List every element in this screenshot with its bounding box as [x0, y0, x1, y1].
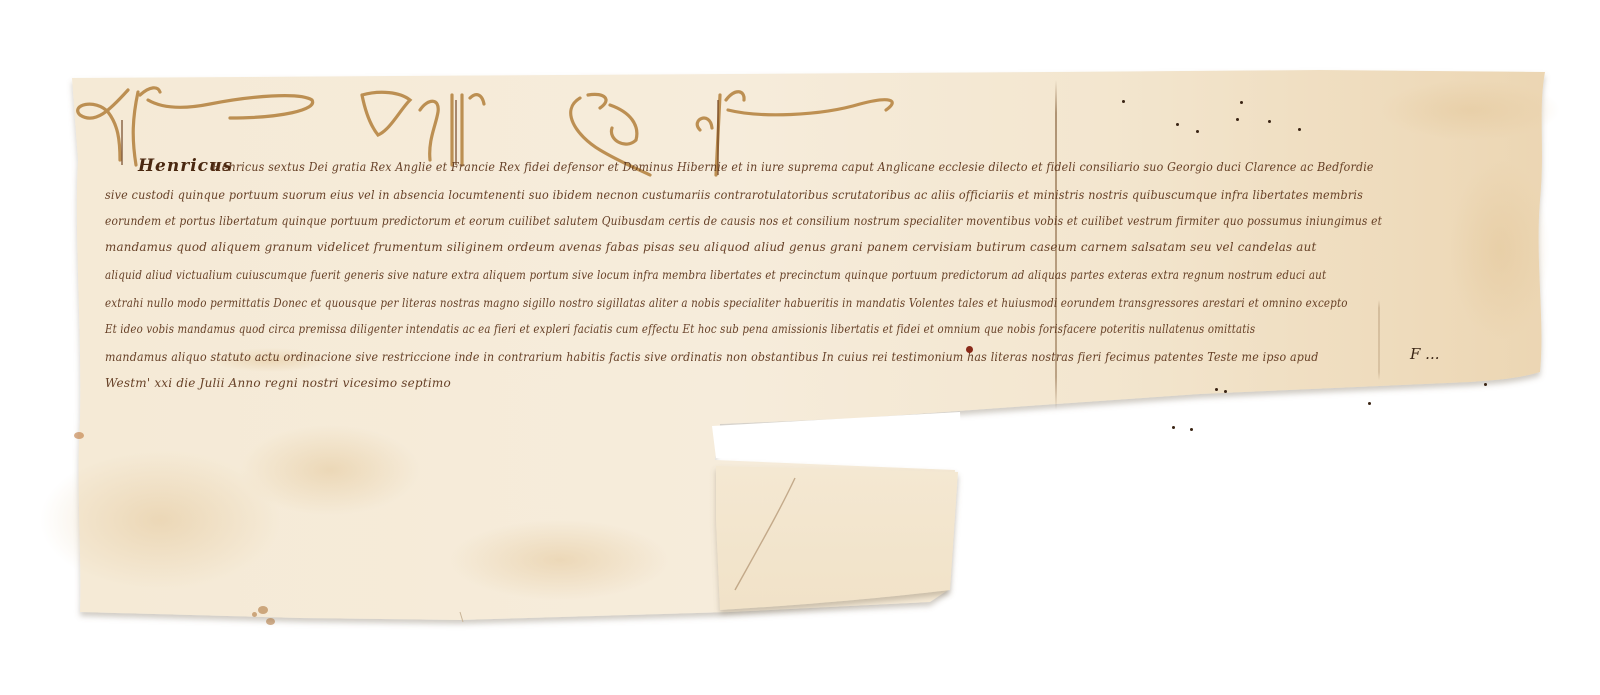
hole-dot [1368, 402, 1371, 405]
text-line-7: Et ideo vobis mandamus quod circa premis… [105, 322, 1255, 336]
text-line-8: mandamus aliquo statuto actu ordinacione… [105, 350, 1319, 364]
stain [74, 432, 84, 439]
hole-dot [1172, 426, 1175, 429]
hole-dot [1236, 118, 1239, 121]
document-photo: Henricus Henricus sextus Dei gratia Rex … [0, 0, 1600, 695]
clerk-signature: F ... [1410, 345, 1439, 363]
hole-dot [1484, 383, 1487, 386]
hole-dot [1240, 101, 1243, 104]
text-line-6: extrahi nullo modo permittatis Donec et … [105, 296, 1348, 310]
hole-dot [1215, 388, 1218, 391]
fold-line [1378, 300, 1380, 380]
stain [266, 618, 275, 625]
text-line-3: eorundem et portus libertatum quinque po… [105, 214, 1382, 228]
text-line-1: Henricus sextus Dei gratia Rex Anglie et… [212, 160, 1374, 174]
hole-dot [1196, 130, 1199, 133]
text-line-9-dating-clause: Westm' xxi die Julii Anno regni nostri v… [105, 376, 451, 390]
hole-dot [1176, 123, 1179, 126]
stain [258, 606, 268, 614]
text-line-2: sive custodi quinque portuum suorum eius… [105, 188, 1363, 202]
hole-dot [1298, 128, 1301, 131]
hole-dot [1122, 100, 1125, 103]
parchment-sheet [0, 0, 1600, 695]
text-line-4: mandamus quod aliquem granum videlicet f… [105, 240, 1316, 254]
text-line-5: aliquid aliud victualium cuiuscumque fue… [105, 268, 1326, 282]
hole-dot [1190, 428, 1193, 431]
hole-dot [1268, 120, 1271, 123]
red-ink-mark [966, 346, 973, 353]
hole-dot [1224, 390, 1227, 393]
stain [252, 612, 257, 617]
